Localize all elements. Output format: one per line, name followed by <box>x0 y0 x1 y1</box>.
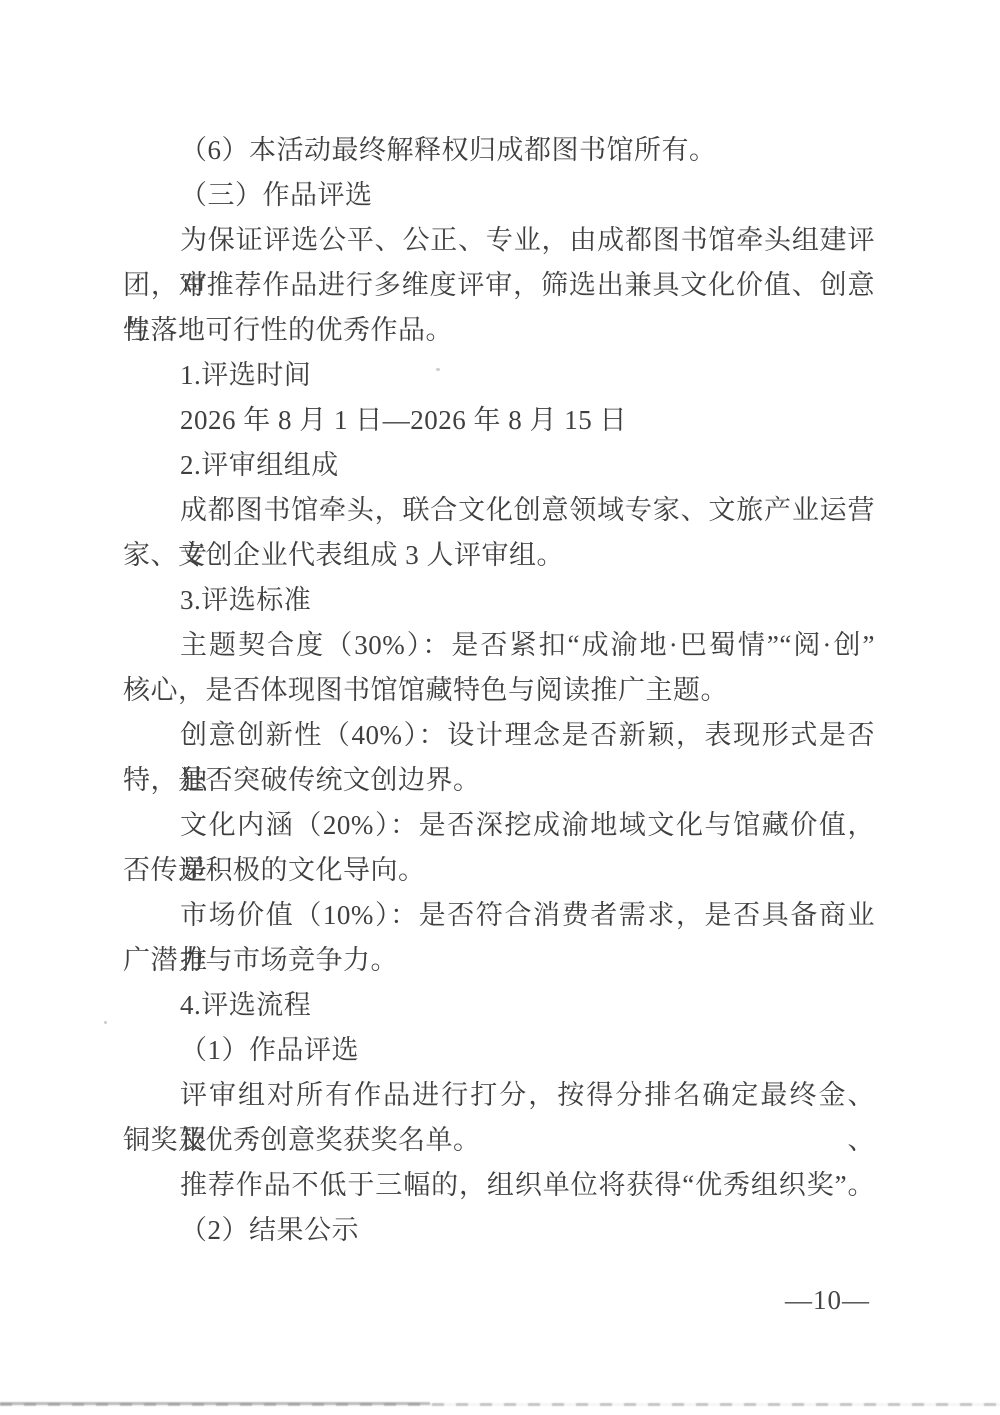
text-line-dates: 2026 年 8 月 1 日—2026 年 8 月 15 日 <box>123 398 875 443</box>
text-line: 广潜力与市场竞争力。 <box>123 938 875 983</box>
scan-speck <box>104 1021 107 1024</box>
heading-item-1-time: 1.评选时间 <box>123 353 875 398</box>
text-line-criterion-market: 市场价值（10%）：是否符合消费者需求，是否具备商业推 <box>123 893 875 938</box>
heading-step-1: （1）作品评选 <box>123 1028 875 1073</box>
scan-artifact-bottom-edge-dark <box>0 1402 430 1405</box>
document-page: （6）本活动最终解释权归成都图书馆所有。 （三）作品评选 为保证评选公平、公正、… <box>0 0 1000 1415</box>
heading-item-2-panel: 2.评审组组成 <box>123 443 875 488</box>
heading-item-3-criteria: 3.评选标准 <box>123 578 875 623</box>
scan-speck <box>436 368 440 371</box>
text-line-criterion-creativity: 创意创新性（40%）：设计理念是否新颖，表现形式是否独 <box>123 713 875 758</box>
heading-step-2: （2）结果公示 <box>123 1208 875 1253</box>
text-line: 团，对推荐作品进行多维度评审，筛选出兼具文化价值、创意性 <box>123 263 875 308</box>
text-line: 家、文创企业代表组成 3 人评审组。 <box>123 533 875 578</box>
page-number: —10— <box>785 1278 870 1323</box>
text-line: 否传递积极的文化导向。 <box>123 848 875 893</box>
text-line: 特，是否突破传统文创边界。 <box>123 758 875 803</box>
text-line: 为保证评选公平、公正、专业，由成都图书馆牵头组建评审 <box>123 218 875 263</box>
document-body: （6）本活动最终解释权归成都图书馆所有。 （三）作品评选 为保证评选公平、公正、… <box>123 128 875 1253</box>
text-line: 推荐作品不低于三幅的，组织单位将获得“优秀组织奖”。 <box>123 1163 875 1208</box>
heading-section-3: （三）作品评选 <box>123 173 875 218</box>
text-line-criterion-theme: 主题契合度（30%）：是否紧扣“成渝地·巴蜀情”“阅·创” <box>123 623 875 668</box>
text-line-criterion-culture: 文化内涵（20%）：是否深挖成渝地域文化与馆藏价值，是 <box>123 803 875 848</box>
heading-item-4-process: 4.评选流程 <box>123 983 875 1028</box>
text-line: 与落地可行性的优秀作品。 <box>123 308 875 353</box>
text-line: 评审组对所有作品进行打分，按得分排名确定最终金、银、 <box>123 1073 875 1118</box>
text-line: 成都图书馆牵头，联合文化创意领域专家、文旅产业运营专 <box>123 488 875 533</box>
text-line: （6）本活动最终解释权归成都图书馆所有。 <box>123 128 875 173</box>
text-line: 核心，是否体现图书馆馆藏特色与阅读推广主题。 <box>123 668 875 713</box>
